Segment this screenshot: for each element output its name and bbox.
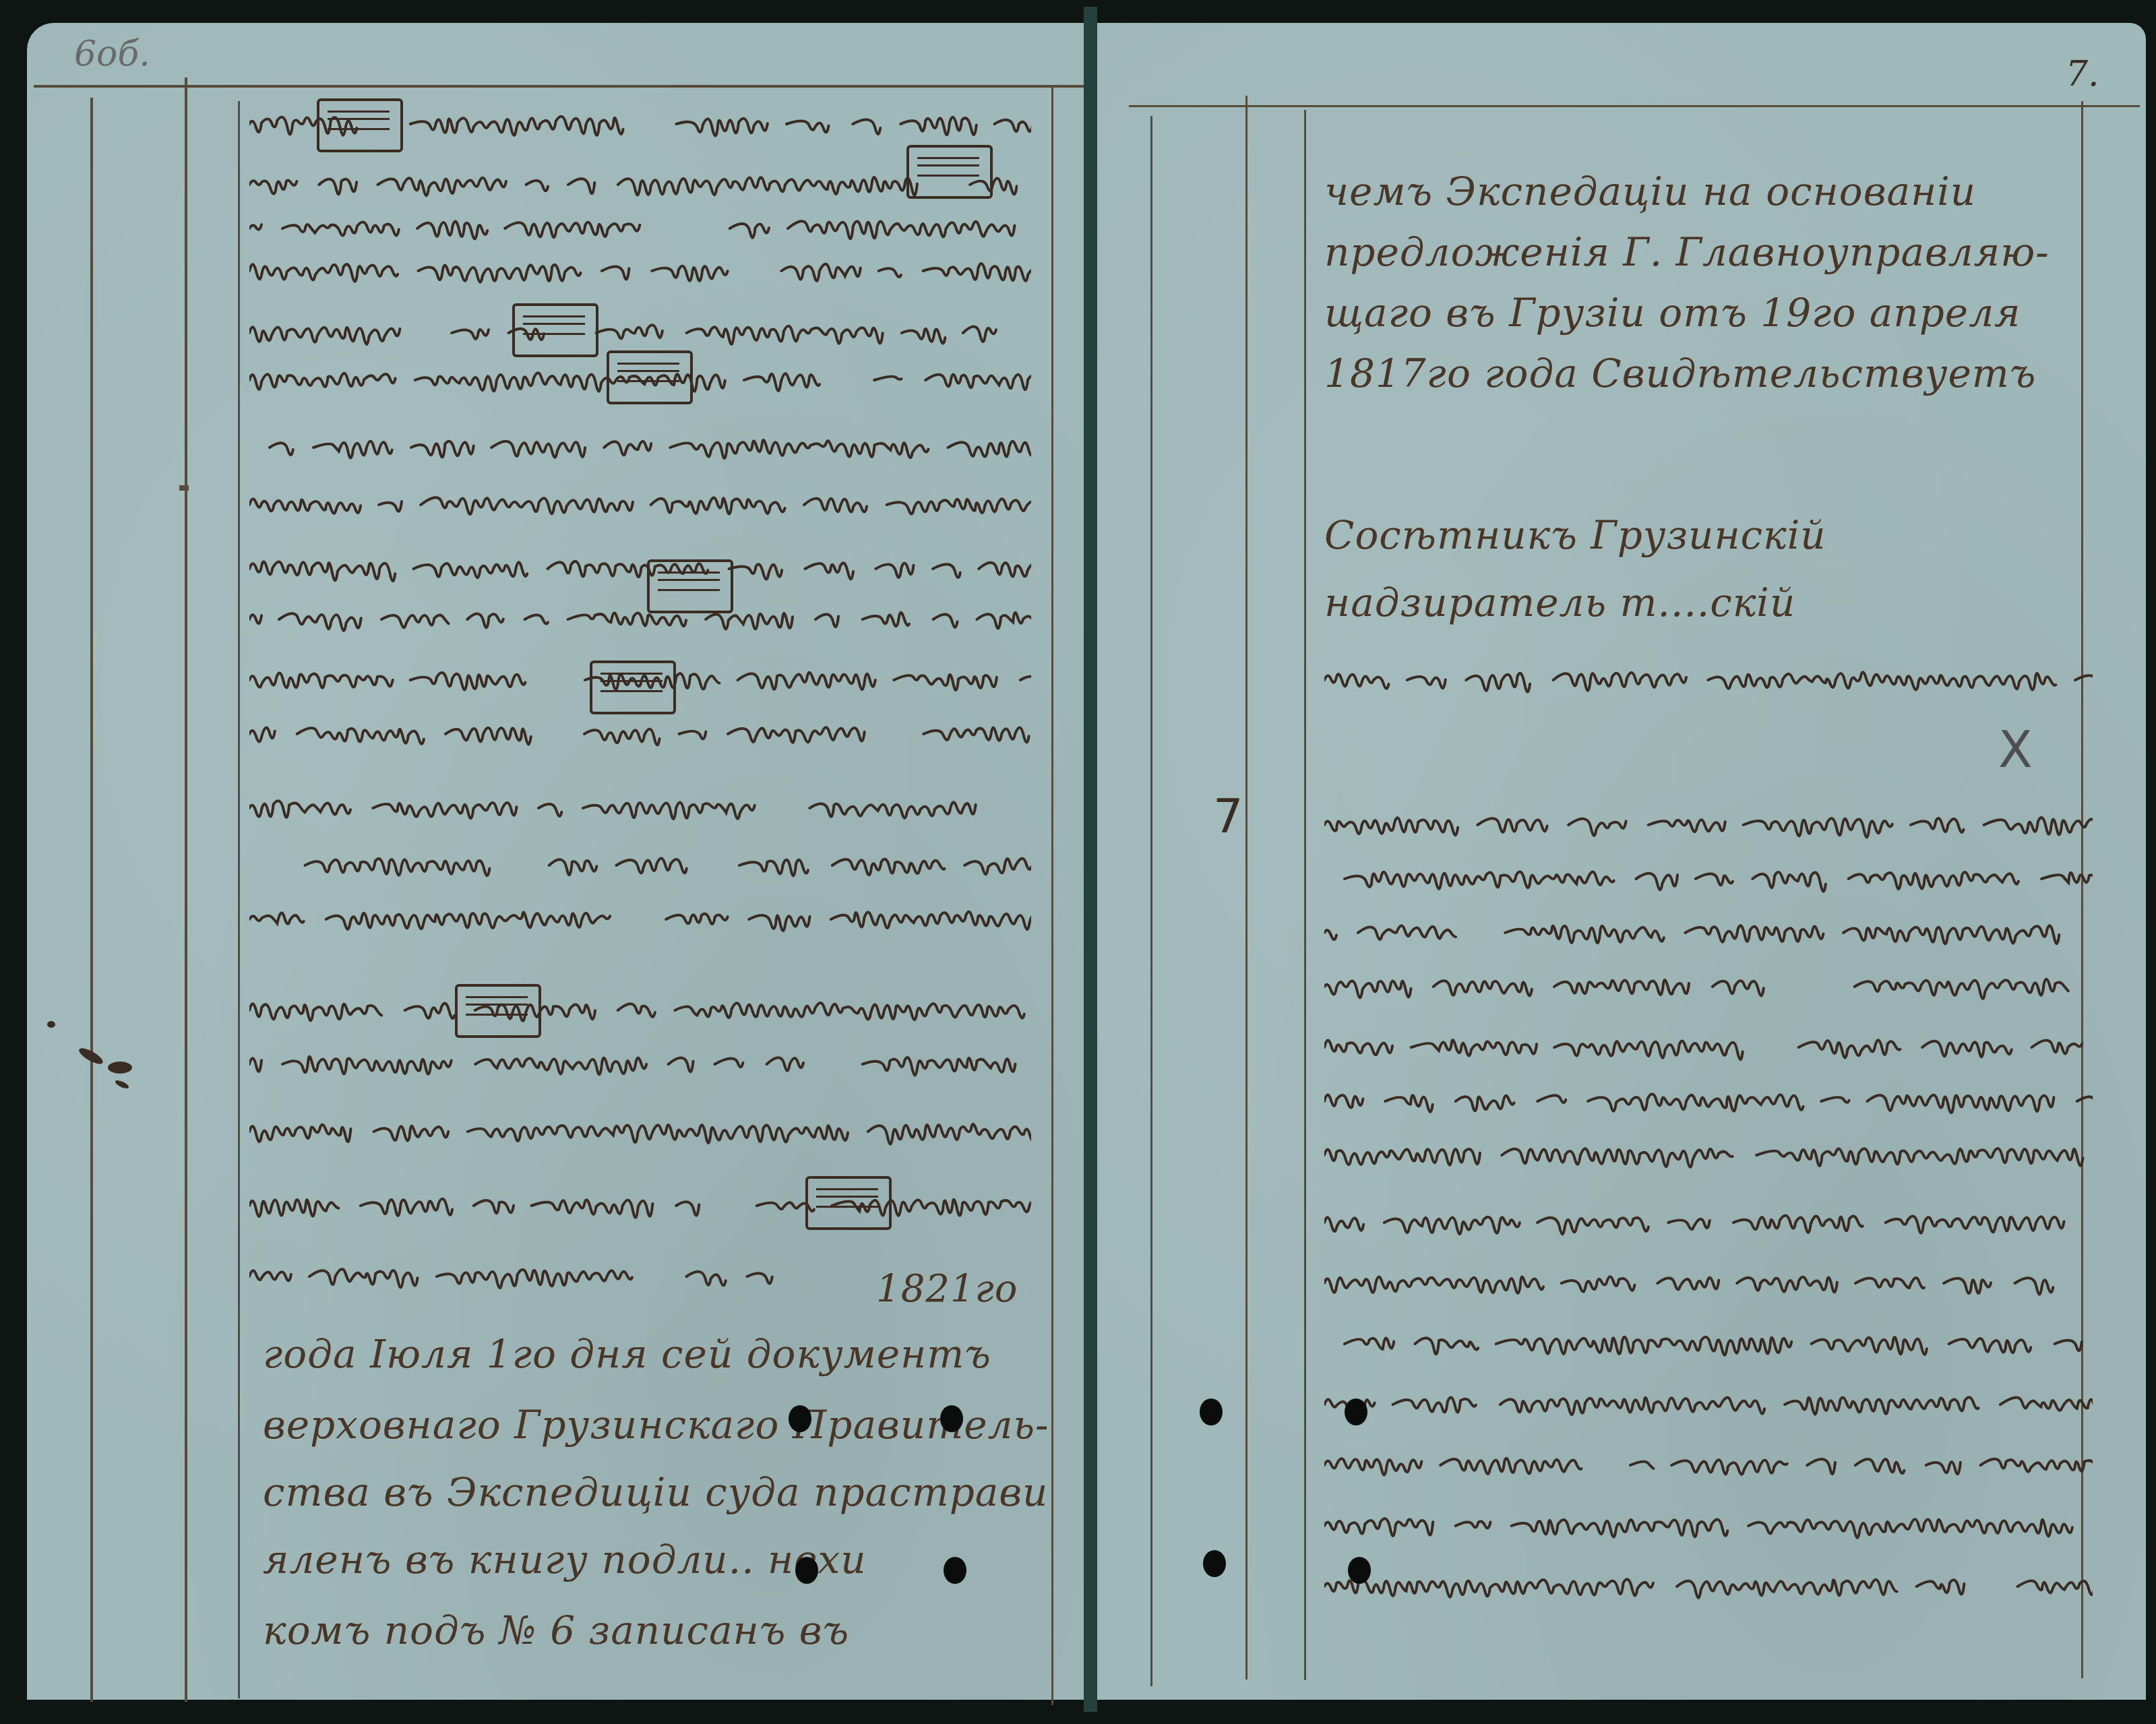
russian-line: яленъ въ книгу подли.. нехи [263, 1537, 867, 1582]
russian-line: щаго въ Грузіи отъ 19го апреля [1324, 290, 2021, 336]
boxed-abbreviation [590, 660, 676, 714]
russian-line: Сосѣтникъ Грузинскій [1324, 512, 1826, 558]
boxed-abbreviation [906, 145, 993, 199]
georgian-handwritten-line [249, 431, 1031, 458]
margin-rule-right-edge [1051, 88, 1053, 1705]
russian-line: года Іюля 1го дня сей документъ [263, 1331, 991, 1377]
russian-line: комъ подъ № 6 записанъ въ [263, 1607, 849, 1653]
georgian-handwritten-line [249, 1260, 829, 1287]
russian-line: верховнаго Грузинскаго Правитель- [263, 1402, 1049, 1448]
margin-rule-r3 [1304, 110, 1306, 1680]
georgian-handwritten-line [1324, 863, 2093, 890]
margin-rule-2 [185, 78, 187, 1702]
georgian-handwritten-line [1324, 1085, 2093, 1112]
georgian-handwritten-line [1324, 1206, 2093, 1233]
binding-hole [1200, 1398, 1223, 1425]
margin-rule-3 [238, 101, 240, 1698]
georgian-handwritten-line [1324, 917, 2093, 944]
russian-line: ства въ Экспедиціи суда прастрави [263, 1469, 1048, 1515]
margin-tick [179, 485, 189, 491]
georgian-handwritten-line [1324, 1031, 2093, 1058]
georgian-handwritten-line [249, 255, 1031, 282]
binding-hole [1348, 1557, 1371, 1584]
boxed-abbreviation [805, 1176, 892, 1230]
georgian-handwritten-line [249, 317, 1031, 344]
margin-number: 7 [1213, 789, 1243, 844]
binding-hole [940, 1405, 963, 1432]
georgian-handwritten-line [1324, 971, 2093, 997]
georgian-handwritten-line [1324, 1388, 2093, 1415]
binding-hole [1203, 1550, 1226, 1577]
boxed-abbreviation [607, 350, 693, 404]
manuscript-spread: 6об. 1821го года Іюля 1го дня сей докуме… [0, 0, 2156, 1724]
georgian-handwritten-line [249, 1115, 1031, 1142]
binding-hole [1345, 1398, 1367, 1425]
boxed-abbreviation [317, 98, 403, 152]
georgian-handwritten-line [1324, 1510, 2093, 1537]
folio-number-right: 7. [2066, 54, 2099, 94]
georgian-handwritten-line [1324, 1570, 2093, 1597]
binding-hole [795, 1557, 818, 1584]
margin-rule-r1 [1150, 116, 1152, 1686]
georgian-handwritten-line [249, 903, 1031, 930]
georgian-handwritten-line [249, 1048, 1031, 1075]
folio-number-left: 6об. [74, 34, 150, 74]
georgian-handwritten-line [249, 792, 1031, 819]
russian-line: надзиратель т....скій [1324, 580, 1795, 625]
boxed-abbreviation [647, 559, 733, 613]
georgian-handwritten-line [249, 553, 1031, 580]
year-note: 1821го [876, 1267, 1018, 1311]
russian-line: предложенія Г. Главноуправляю- [1324, 229, 2050, 275]
georgian-handwritten-line [1324, 1449, 2093, 1476]
georgian-handwritten-line [249, 1190, 1031, 1217]
boxed-abbreviation [512, 303, 598, 357]
georgian-handwritten-line [1324, 1267, 2093, 1294]
russian-line: чемъ Экспедаціи на основаніи [1324, 168, 1976, 214]
georgian-handwritten-line [249, 168, 1018, 195]
georgian-handwritten-line [249, 718, 1031, 745]
boxed-abbreviation [455, 984, 541, 1038]
book-gutter [1084, 7, 1097, 1712]
margin-rule-r2 [1245, 96, 1248, 1680]
header-rule-right [1129, 105, 2140, 107]
ink-blot [108, 1061, 132, 1074]
georgian-handwritten-line [1324, 664, 2093, 691]
georgian-handwritten-line [249, 212, 1031, 239]
ink-blot [47, 1021, 55, 1028]
binding-hole [944, 1557, 966, 1584]
georgian-handwritten-line [249, 849, 1031, 876]
georgian-handwritten-line [249, 489, 1031, 516]
russian-line: 1817го года Свидѣтельствуетъ [1324, 350, 2036, 396]
cross-mark: X [1998, 721, 2033, 779]
header-rule-left [34, 85, 1085, 88]
georgian-handwritten-line [249, 603, 1031, 630]
georgian-handwritten-line [1324, 1139, 2093, 1166]
margin-rule-1 [90, 98, 93, 1702]
georgian-handwritten-line [1324, 809, 2093, 836]
binding-hole [789, 1405, 811, 1432]
georgian-handwritten-line [249, 994, 1031, 1021]
georgian-handwritten-line [1324, 1328, 2093, 1355]
